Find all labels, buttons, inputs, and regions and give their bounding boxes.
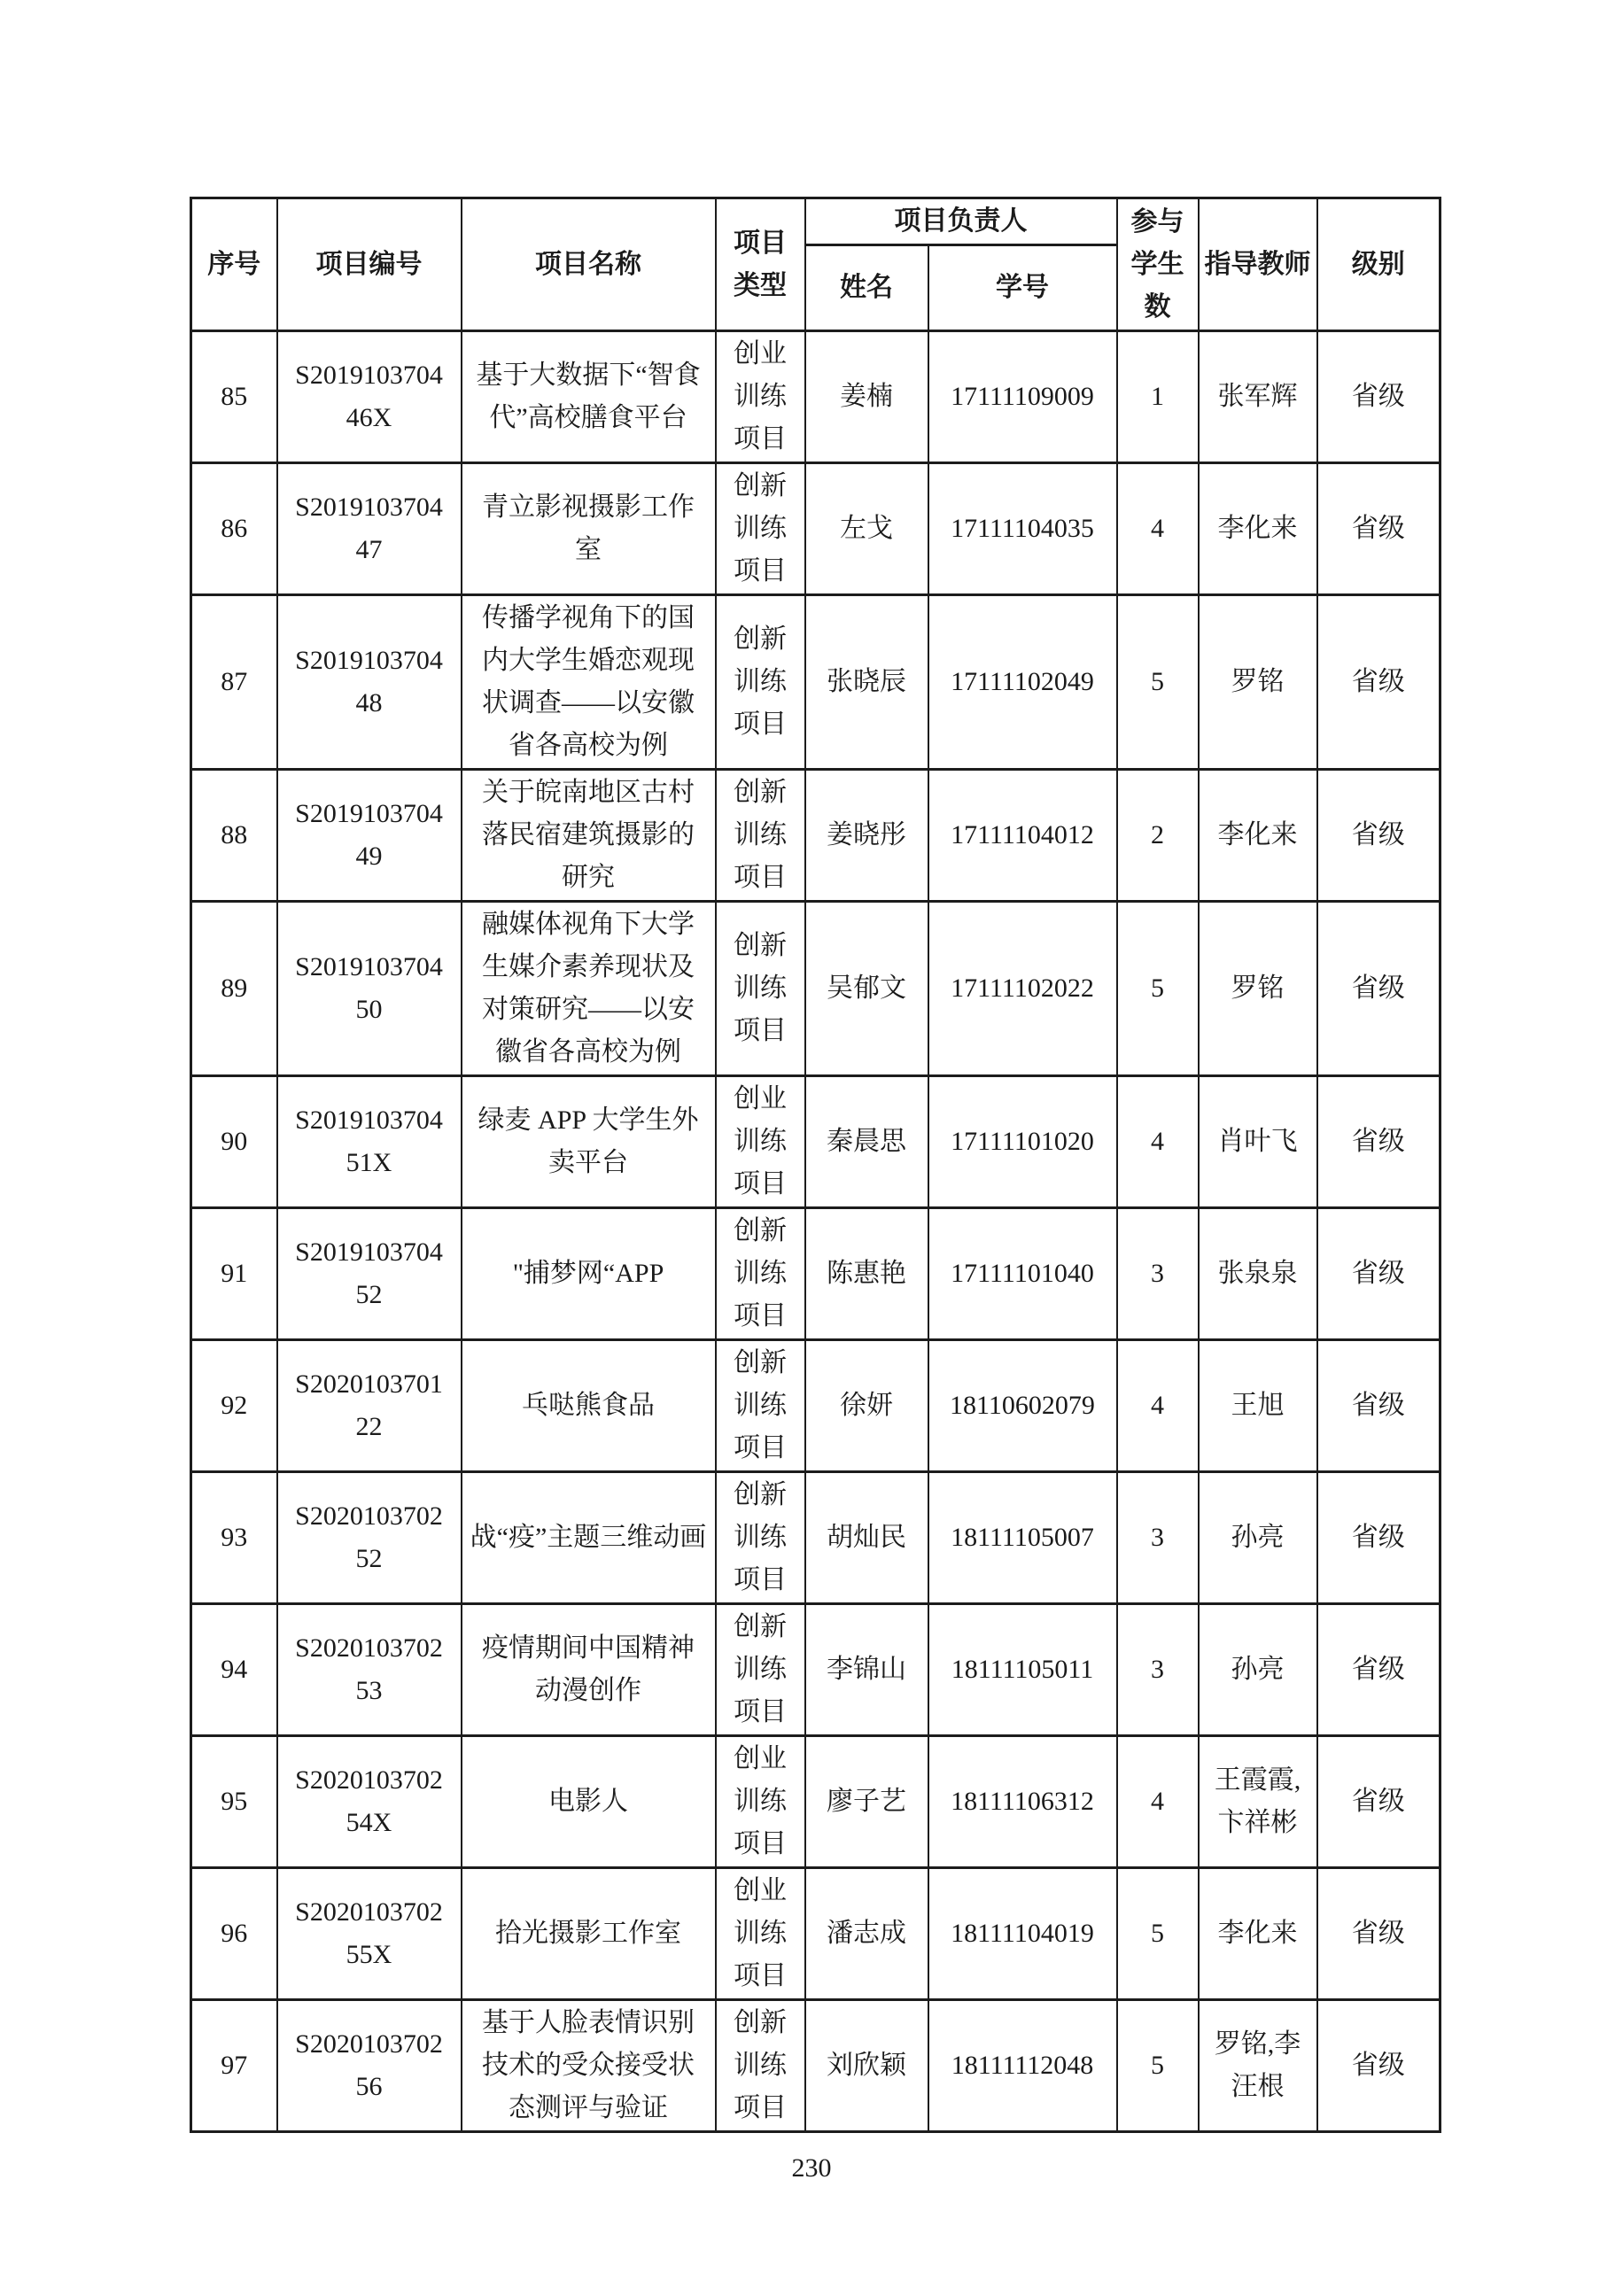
cell-leader: 刘欣颖: [805, 2000, 928, 2132]
cell-leader: 李锦山: [805, 1604, 928, 1736]
cell-project-code: S2019103704 49: [277, 770, 462, 902]
cell-student-id: 17111102022: [928, 902, 1117, 1076]
cell-level: 省级: [1317, 595, 1441, 770]
cell-project-name: 基于人脸表情识别 技术的受众接受状 态测评与验证: [462, 2000, 716, 2132]
table-row: 92 S2020103701 22 乓哒熊食品 创新 训练 项目 徐妍 1811…: [191, 1340, 1441, 1472]
cell-project-name: 融媒体视角下大学 生媒介素养现状及 对策研究——以安 徽省各高校为例: [462, 902, 716, 1076]
cell-project-type: 创新 训练 项目: [716, 770, 805, 902]
cell-teacher: 王旭: [1199, 1340, 1317, 1472]
cell-student-id: 18111112048: [928, 2000, 1117, 2132]
cell-leader: 胡灿民: [805, 1472, 928, 1604]
header-level: 级别: [1317, 198, 1441, 331]
cell-student-id: 17111104035: [928, 463, 1117, 595]
table-row: 89 S2019103704 50 融媒体视角下大学 生媒介素养现状及 对策研究…: [191, 902, 1441, 1076]
cell-project-type: 创新 训练 项目: [716, 463, 805, 595]
cell-project-type: 创新 训练 项目: [716, 1472, 805, 1604]
cell-project-name: 传播学视角下的国 内大学生婚恋观现 状调查——以安徽 省各高校为例: [462, 595, 716, 770]
cell-teacher: 孙亮: [1199, 1472, 1317, 1604]
cell-project-code: S2019103704 50: [277, 902, 462, 1076]
cell-project-type: 创新 训练 项目: [716, 1208, 805, 1340]
table-row: 96 S2020103702 55X 拾光摄影工作室 创业 训练 项目 潘志成 …: [191, 1868, 1441, 2000]
cell-leader: 姜晓彤: [805, 770, 928, 902]
cell-teacher: 罗铭: [1199, 595, 1317, 770]
cell-seq: 96: [191, 1868, 277, 2000]
cell-seq: 90: [191, 1076, 277, 1208]
table-row: 86 S2019103704 47 青立影视摄影工作 室 创新 训练 项目 左戈…: [191, 463, 1441, 595]
cell-student-id: 17111102049: [928, 595, 1117, 770]
header-project-type: 项目 类型: [716, 198, 805, 331]
table-row: 90 S2019103704 51X 绿麦 APP 大学生外 卖平台 创业 训练…: [191, 1076, 1441, 1208]
cell-student-count: 2: [1117, 770, 1199, 902]
cell-level: 省级: [1317, 770, 1441, 902]
cell-student-count: 4: [1117, 1736, 1199, 1868]
table-row: 94 S2020103702 53 疫情期间中国精神 动漫创作 创新 训练 项目…: [191, 1604, 1441, 1736]
cell-project-type: 创业 训练 项目: [716, 1868, 805, 2000]
cell-leader: 张晓辰: [805, 595, 928, 770]
cell-project-code: S2020103702 55X: [277, 1868, 462, 2000]
cell-leader: 姜楠: [805, 331, 928, 463]
table-row: 91 S2019103704 52 "捕梦网“APP 创新 训练 项目 陈惠艳 …: [191, 1208, 1441, 1340]
header-leader-name: 姓名: [805, 245, 928, 331]
cell-leader: 左戈: [805, 463, 928, 595]
cell-teacher: 李化来: [1199, 463, 1317, 595]
cell-project-type: 创新 训练 项目: [716, 902, 805, 1076]
cell-project-name: "捕梦网“APP: [462, 1208, 716, 1340]
cell-project-code: S2019103704 52: [277, 1208, 462, 1340]
header-leader-group: 项目负责人: [805, 198, 1117, 245]
cell-project-name: 疫情期间中国精神 动漫创作: [462, 1604, 716, 1736]
cell-student-id: 18110602079: [928, 1340, 1117, 1472]
cell-teacher: 李化来: [1199, 770, 1317, 902]
header-project-name: 项目名称: [462, 198, 716, 331]
cell-seq: 95: [191, 1736, 277, 1868]
cell-leader: 秦晨思: [805, 1076, 928, 1208]
cell-project-name: 电影人: [462, 1736, 716, 1868]
cell-level: 省级: [1317, 1472, 1441, 1604]
cell-teacher: 张军辉: [1199, 331, 1317, 463]
cell-seq: 87: [191, 595, 277, 770]
cell-project-type: 创业 训练 项目: [716, 1736, 805, 1868]
cell-teacher: 罗铭: [1199, 902, 1317, 1076]
cell-teacher: 李化来: [1199, 1868, 1317, 2000]
header-student-count: 参与 学生 数: [1117, 198, 1199, 331]
cell-project-name: 绿麦 APP 大学生外 卖平台: [462, 1076, 716, 1208]
cell-project-type: 创业 训练 项目: [716, 1076, 805, 1208]
cell-student-count: 3: [1117, 1604, 1199, 1736]
cell-seq: 89: [191, 902, 277, 1076]
cell-student-count: 3: [1117, 1472, 1199, 1604]
cell-student-count: 4: [1117, 463, 1199, 595]
table-row: 87 S2019103704 48 传播学视角下的国 内大学生婚恋观现 状调查—…: [191, 595, 1441, 770]
cell-project-code: S2020103702 54X: [277, 1736, 462, 1868]
cell-seq: 88: [191, 770, 277, 902]
cell-seq: 92: [191, 1340, 277, 1472]
cell-project-code: S2019103704 48: [277, 595, 462, 770]
table-row: 93 S2020103702 52 战“疫”主题三维动画 创新 训练 项目 胡灿…: [191, 1472, 1441, 1604]
cell-seq: 97: [191, 2000, 277, 2132]
cell-student-count: 3: [1117, 1208, 1199, 1340]
cell-level: 省级: [1317, 1340, 1441, 1472]
cell-leader: 潘志成: [805, 1868, 928, 2000]
header-teacher: 指导教师: [1199, 198, 1317, 331]
cell-teacher: 孙亮: [1199, 1604, 1317, 1736]
cell-project-code: S2020103702 53: [277, 1604, 462, 1736]
cell-seq: 91: [191, 1208, 277, 1340]
cell-level: 省级: [1317, 1076, 1441, 1208]
cell-student-id: 18111105011: [928, 1604, 1117, 1736]
cell-project-name: 关于皖南地区古村 落民宿建筑摄影的 研究: [462, 770, 716, 902]
table-row: 85 S2019103704 46X 基于大数据下“智食 代”高校膳食平台 创业…: [191, 331, 1441, 463]
cell-level: 省级: [1317, 1208, 1441, 1340]
cell-teacher: 王霞霞, 卞祥彬: [1199, 1736, 1317, 1868]
cell-project-name: 拾光摄影工作室: [462, 1868, 716, 2000]
header-leader-id: 学号: [928, 245, 1117, 331]
header-project-code: 项目编号: [277, 198, 462, 331]
cell-project-type: 创新 训练 项目: [716, 1340, 805, 1472]
cell-seq: 93: [191, 1472, 277, 1604]
cell-student-count: 5: [1117, 902, 1199, 1076]
cell-leader: 廖子艺: [805, 1736, 928, 1868]
cell-project-code: S2020103702 52: [277, 1472, 462, 1604]
cell-seq: 86: [191, 463, 277, 595]
cell-student-id: 17111104012: [928, 770, 1117, 902]
cell-project-type: 创新 训练 项目: [716, 2000, 805, 2132]
cell-level: 省级: [1317, 1604, 1441, 1736]
cell-teacher: 张泉泉: [1199, 1208, 1317, 1340]
cell-level: 省级: [1317, 1868, 1441, 2000]
cell-level: 省级: [1317, 331, 1441, 463]
cell-level: 省级: [1317, 463, 1441, 595]
cell-student-id: 18111104019: [928, 1868, 1117, 2000]
table-row: 88 S2019103704 49 关于皖南地区古村 落民宿建筑摄影的 研究 创…: [191, 770, 1441, 902]
cell-leader: 徐妍: [805, 1340, 928, 1472]
cell-leader: 陈惠艳: [805, 1208, 928, 1340]
cell-project-type: 创新 训练 项目: [716, 595, 805, 770]
cell-student-id: 18111106312: [928, 1736, 1117, 1868]
cell-project-code: S2019103704 51X: [277, 1076, 462, 1208]
cell-student-id: 18111105007: [928, 1472, 1117, 1604]
cell-student-count: 4: [1117, 1340, 1199, 1472]
cell-project-code: S2019103704 47: [277, 463, 462, 595]
cell-level: 省级: [1317, 1736, 1441, 1868]
page-number: 230: [792, 2153, 832, 2183]
cell-leader: 吴郁文: [805, 902, 928, 1076]
cell-project-name: 青立影视摄影工作 室: [462, 463, 716, 595]
cell-project-type: 创新 训练 项目: [716, 1604, 805, 1736]
table-row: 95 S2020103702 54X 电影人 创业 训练 项目 廖子艺 1811…: [191, 1736, 1441, 1868]
cell-project-name: 战“疫”主题三维动画: [462, 1472, 716, 1604]
cell-level: 省级: [1317, 2000, 1441, 2132]
header-seq: 序号: [191, 198, 277, 331]
cell-seq: 94: [191, 1604, 277, 1736]
cell-project-code: S2020103702 56: [277, 2000, 462, 2132]
cell-student-count: 5: [1117, 2000, 1199, 2132]
cell-project-code: S2019103704 46X: [277, 331, 462, 463]
cell-teacher: 肖叶飞: [1199, 1076, 1317, 1208]
cell-student-count: 1: [1117, 331, 1199, 463]
cell-project-name: 乓哒熊食品: [462, 1340, 716, 1472]
cell-student-id: 17111109009: [928, 331, 1117, 463]
cell-seq: 85: [191, 331, 277, 463]
cell-student-id: 17111101040: [928, 1208, 1117, 1340]
cell-project-code: S2020103701 22: [277, 1340, 462, 1472]
table-row: 97 S2020103702 56 基于人脸表情识别 技术的受众接受状 态测评与…: [191, 2000, 1441, 2132]
header-row-top: 序号 项目编号 项目名称 项目 类型 项目负责人 参与 学生 数 指导教师 级别: [191, 198, 1441, 245]
projects-table: 序号 项目编号 项目名称 项目 类型 项目负责人 参与 学生 数 指导教师 级别…: [190, 197, 1441, 2133]
cell-project-type: 创业 训练 项目: [716, 331, 805, 463]
cell-student-count: 5: [1117, 1868, 1199, 2000]
cell-level: 省级: [1317, 902, 1441, 1076]
cell-teacher: 罗铭,李 汪根: [1199, 2000, 1317, 2132]
cell-student-count: 5: [1117, 595, 1199, 770]
cell-student-count: 4: [1117, 1076, 1199, 1208]
page-footer: 230: [0, 2151, 1623, 2186]
document-page: 序号 项目编号 项目名称 项目 类型 项目负责人 参与 学生 数 指导教师 级别…: [0, 0, 1623, 2296]
cell-student-id: 17111101020: [928, 1076, 1117, 1208]
cell-project-name: 基于大数据下“智食 代”高校膳食平台: [462, 331, 716, 463]
